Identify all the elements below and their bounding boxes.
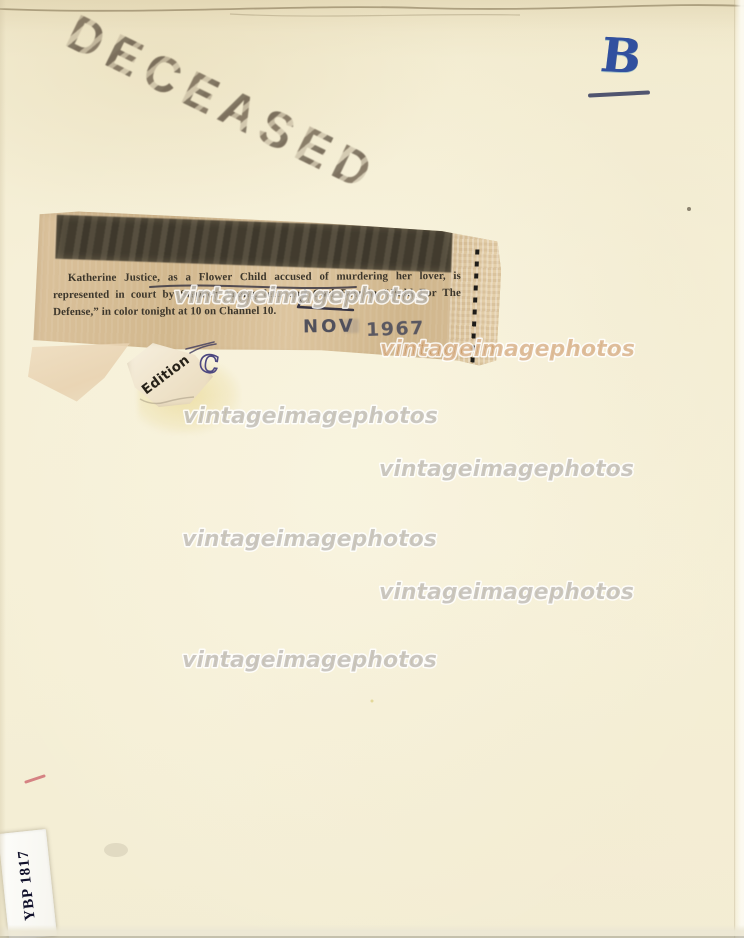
paper-edge-right — [734, 0, 744, 938]
archive-code: YBP 1817 — [15, 849, 39, 921]
paper-edge-left — [0, 0, 6, 938]
watermark-text: vintageimagephotos — [182, 527, 437, 552]
watermark: vintageimagephotos — [180, 524, 395, 554]
watermark-text: vintageimagephotos — [174, 284, 429, 309]
watermark: vintageimagephotos — [378, 334, 593, 364]
date-stamp-faded-day — [344, 319, 359, 333]
watermark-text: vintageimagephotos — [380, 337, 635, 362]
edition-label-text: Edition — [139, 352, 193, 398]
watermark-text: vintageimagephotos — [379, 457, 634, 482]
watermark: vintageimagephotos — [181, 401, 396, 431]
watermark: vintageimagephotos — [180, 645, 395, 675]
watermark: vintageimagephotos — [172, 281, 387, 311]
watermark: vintageimagephotos — [377, 454, 592, 484]
grade-mark: B — [598, 32, 643, 81]
watermark-text: vintageimagephotos — [182, 648, 437, 673]
paper-edge-bottom — [0, 925, 744, 938]
watermark: vintageimagephotos — [377, 577, 592, 607]
photo-back-scan: DECEASED B Katherine Justice, as a Flowe… — [0, 0, 744, 938]
watermark-text: vintageimagephotos — [379, 580, 634, 605]
watermark-text: vintageimagephotos — [183, 404, 438, 429]
